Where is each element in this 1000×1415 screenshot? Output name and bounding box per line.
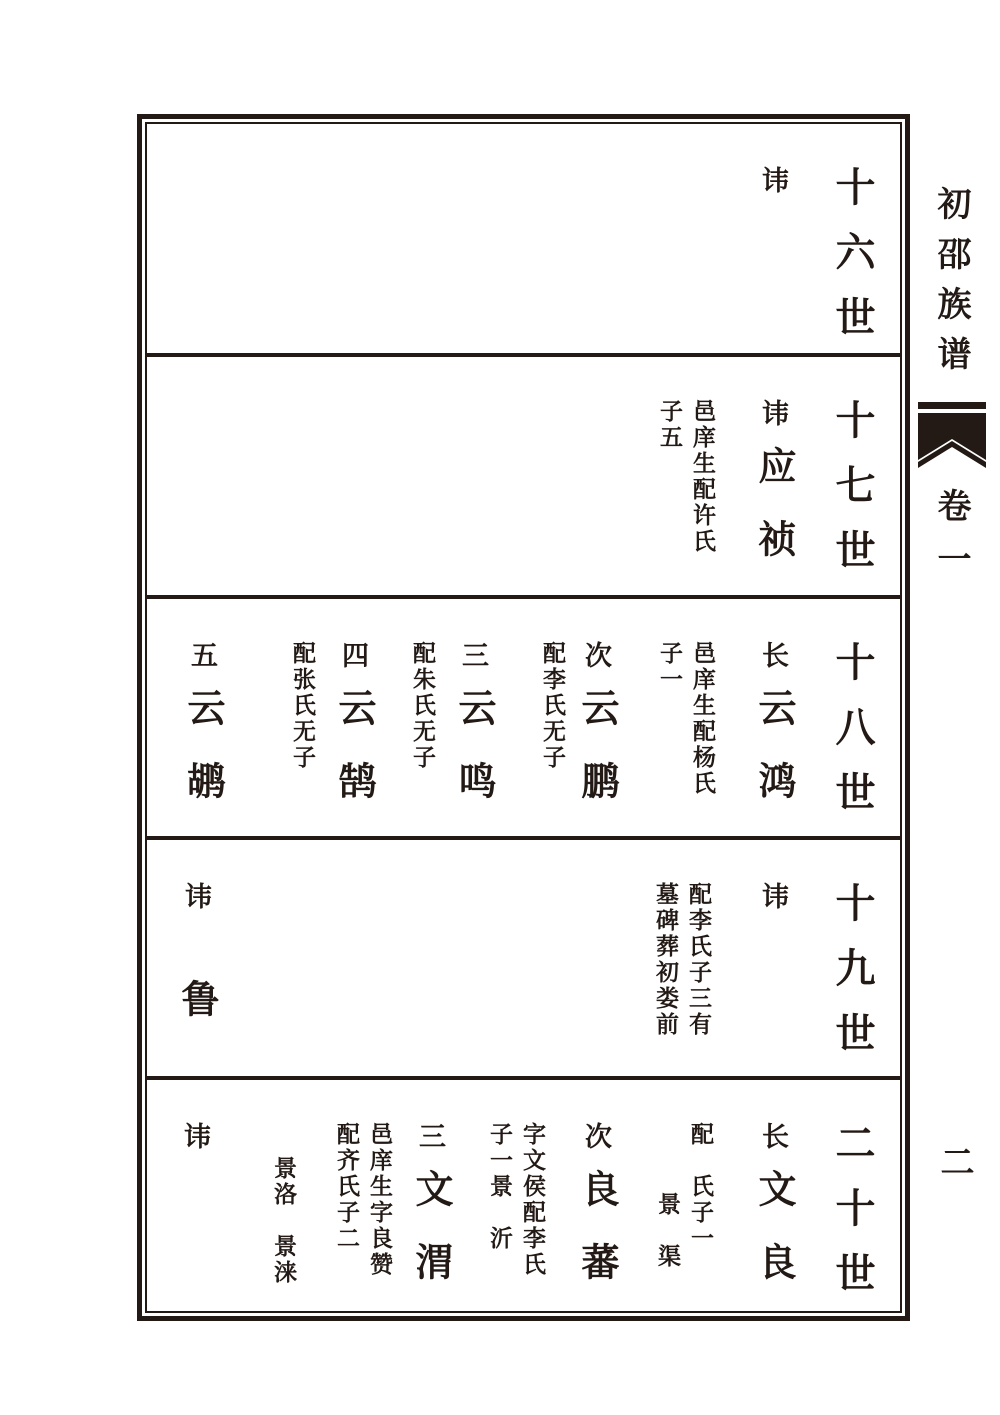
note-column: 配 氏子一 景 渠	[646, 1080, 712, 1270]
page-number: 二	[936, 1144, 970, 1178]
rank-label: 五	[187, 641, 217, 668]
section-generation-16: 十六世 讳	[147, 124, 900, 357]
person-column: 长云鸿	[754, 599, 792, 834]
rank-label: 次	[581, 1122, 611, 1149]
main-frame: 十六世 讳 十七世 讳应祯 邑庠生配许氏 子五 十八世	[137, 114, 910, 1321]
person-name: 文渭	[409, 1169, 451, 1315]
generation-header: 十六世	[832, 124, 872, 361]
person-column: 讳鲁	[177, 840, 215, 1052]
bookmark-pennant-icon	[918, 402, 986, 468]
person-column: 讳	[176, 1080, 214, 1169]
note-column: 配李氏子三有 墓碑葬初娄前	[644, 840, 710, 1038]
person-name: 文良	[752, 1169, 794, 1315]
note-column: 字文侯配李氏 子一景 沂	[478, 1080, 544, 1278]
rank-label: 四	[338, 641, 368, 668]
person-column: 长文良	[754, 1080, 792, 1315]
rank-label: 次	[581, 641, 611, 668]
note-line: 子五	[648, 399, 681, 555]
note-line: 子一景 沂	[478, 1122, 511, 1278]
rank-label: 讳	[180, 1122, 210, 1149]
note-column: 邑庠生配杨氏 子一	[648, 599, 714, 797]
note-line: 配李氏子三有	[677, 882, 710, 1038]
person-name: 云鹄	[332, 688, 374, 834]
rank-label: 讳	[758, 882, 788, 909]
person-column: 四云鹄	[334, 599, 372, 834]
rank-label: 三	[458, 641, 488, 668]
person-column: 讳	[754, 124, 792, 213]
person-name: 云鸣	[452, 688, 494, 834]
person-column: 次云鹏	[577, 599, 615, 834]
note-line: 字文侯配李氏	[511, 1122, 544, 1278]
person-name: 云鸿	[752, 688, 794, 834]
genealogy-page: 十六世 讳 十七世 讳应祯 邑庠生配许氏 子五 十八世	[0, 0, 1000, 1415]
person-column: 五云鹕	[183, 599, 221, 834]
generation-header: 二十世	[832, 1080, 872, 1317]
note-column: 邑庠生配许氏 子五	[648, 357, 714, 555]
person-name: 应祯	[752, 446, 794, 592]
note-column: 配张氏无子	[281, 599, 314, 771]
note-line: 邑庠生字良赞	[358, 1122, 391, 1278]
note-line: 配 氏子一	[679, 1122, 712, 1270]
person-column: 三云鸣	[454, 599, 492, 834]
generation-header: 十八世	[832, 599, 872, 836]
person-column: 讳应祯	[754, 357, 792, 592]
rank-label: 讳	[758, 399, 788, 426]
volume-label: 卷一	[933, 488, 967, 594]
book-title: 初邵族谱	[933, 186, 967, 386]
person-column: 次良蕃	[577, 1080, 615, 1315]
note-line: 子一	[648, 641, 681, 797]
note-line: 邑庠生配杨氏	[681, 641, 714, 797]
rank-label: 长	[758, 641, 788, 668]
note-column: 邑庠生字良赞 配齐氏子二	[325, 1080, 391, 1278]
person-column: 三文渭	[411, 1080, 449, 1315]
note-line: 配齐氏子二	[325, 1122, 358, 1278]
note-line: 配李氏无子	[531, 641, 564, 771]
section-generation-18: 十八世 长云鸿 邑庠生配杨氏 子一 次云鹏 配李氏无子 三云鸣	[147, 599, 900, 840]
children-column: 景洛 景涞	[262, 1080, 295, 1286]
note-line: 配朱氏无子	[401, 641, 434, 771]
note-column: 配李氏无子	[531, 599, 564, 771]
person-name: 云鹏	[575, 688, 617, 834]
rank-label: 三	[415, 1122, 445, 1149]
rank-label: 长	[758, 1122, 788, 1149]
person-name: 良蕃	[575, 1169, 617, 1315]
section-generation-20: 二十世 长文良 配 氏子一 景 渠 次良蕃 字文侯配李氏 子一景 沂 三文渭	[147, 1080, 900, 1311]
note-column: 配朱氏无子	[401, 599, 434, 771]
section-generation-19: 十九世 讳 配李氏子三有 墓碑葬初娄前 讳鲁	[147, 840, 900, 1080]
note-line: 墓碑葬初娄前	[644, 882, 677, 1038]
inner-frame: 十六世 讳 十七世 讳应祯 邑庠生配许氏 子五 十八世	[145, 122, 902, 1313]
note-line: 景洛 景涞	[262, 1156, 295, 1286]
person-name: 鲁	[175, 979, 217, 1052]
person-column: 讳	[754, 840, 792, 929]
generation-header: 十七世	[832, 357, 872, 594]
rank-label: 讳	[181, 882, 211, 909]
rank-label: 讳	[758, 166, 788, 193]
person-name: 云鹕	[181, 688, 223, 834]
generation-header: 十九世	[832, 840, 872, 1077]
note-line: 配张氏无子	[281, 641, 314, 771]
note-line: 邑庠生配许氏	[681, 399, 714, 555]
note-line: 景 渠	[646, 1122, 679, 1270]
section-generation-17: 十七世 讳应祯 邑庠生配许氏 子五	[147, 357, 900, 599]
